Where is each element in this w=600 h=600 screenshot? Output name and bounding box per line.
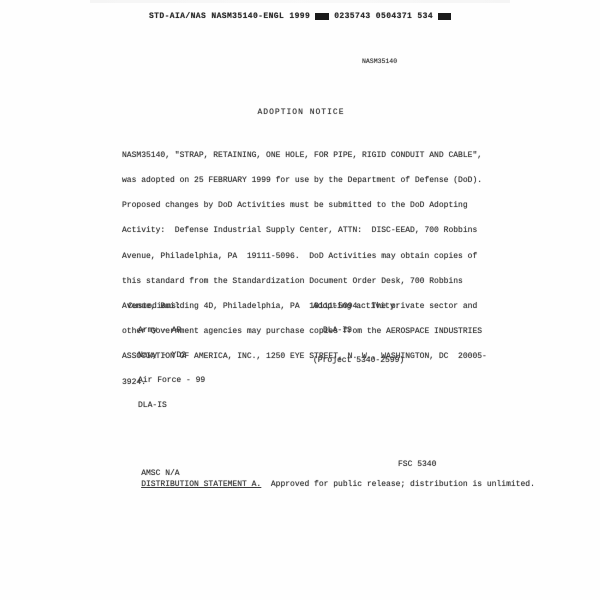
distribution-statement-title: DISTRIBUTION STATEMENT A. xyxy=(141,480,261,489)
custodians-heading: Custodians: xyxy=(128,303,205,311)
barcode-block-icon xyxy=(315,13,329,20)
paragraph-line: Activity: Defense Industrial Supply Cent… xyxy=(122,227,488,235)
adopting-activity-block: Adopting activity: DLA-IS (Project 5340-… xyxy=(313,286,404,382)
distribution-statement-text: Approved for public release; distributio… xyxy=(261,480,535,489)
paragraph-line: NASM35140, "STRAP, RETAINING, ONE HOLE, … xyxy=(122,152,488,160)
standard-serial-number: 0235743 0504371 534 xyxy=(334,12,433,21)
paragraph-line: Proposed changes by DoD Activities must … xyxy=(122,202,488,210)
adopting-activity-value: DLA-IS xyxy=(313,327,404,335)
standards-header-line: STD-AIA/NAS NASM35140-ENGL 1999 0235743 … xyxy=(0,12,600,21)
distribution-statement: DISTRIBUTION STATEMENT A. Approved for p… xyxy=(122,471,535,498)
paragraph-line: this standard from the Standardization D… xyxy=(122,278,488,286)
custodian-navy: Navy - YD2 xyxy=(128,352,205,360)
adopting-activity-heading: Adopting activity: xyxy=(313,303,404,311)
project-number: (Project 5340-2599) xyxy=(313,357,404,365)
custodian-army: Army - AR xyxy=(128,327,205,335)
scan-artifact xyxy=(90,0,510,3)
document-number: NASM35140 xyxy=(362,58,397,65)
barcode-block-icon xyxy=(438,13,451,20)
paragraph-line: Avenue, Philadelphia, PA 19111-5096. DoD… xyxy=(122,253,488,261)
custodians-block: Custodians: Army - AR Navy - YD2 Air For… xyxy=(128,286,205,427)
custodian-dla: DLA-IS xyxy=(128,402,205,410)
page-title: ADOPTION NOTICE xyxy=(122,108,480,117)
fsc-code: FSC 5340 xyxy=(398,460,436,469)
custodian-air-force: Air Force - 99 xyxy=(128,377,205,385)
paragraph-line: was adopted on 25 FEBRUARY 1999 for use … xyxy=(122,177,488,185)
scanned-document-page: STD-AIA/NAS NASM35140-ENGL 1999 0235743 … xyxy=(0,0,600,600)
standard-designation: STD-AIA/NAS NASM35140-ENGL 1999 xyxy=(149,12,310,21)
